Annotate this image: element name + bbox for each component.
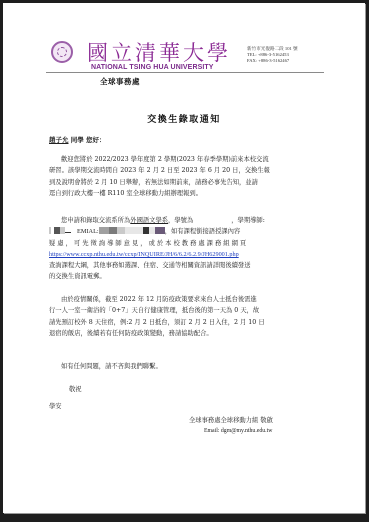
text-line: 歡迎您將於 2022/2023 學年度第 2 學期(2023 年春季學期)前來本… <box>49 154 289 165</box>
university-name-en: NATIONAL TSING HUA UNIVERSITY <box>91 64 214 71</box>
text-line: 查詢課程大綱，其他事務如選課、住宿、交通等相關資訊請詳閱後續發送 <box>49 260 289 271</box>
text-line: 研習。該學期交流時間自 2023 年 2 月 2 日至 2023 年 6 月 2… <box>49 165 289 176</box>
letter-title: 交換生錄取通知 <box>3 112 365 125</box>
recipient-name: 趙子允 <box>49 136 69 144</box>
text-line: 您申請和錄取交流系所為外國語文學系，學號為，學期導師: <box>49 215 289 226</box>
header-divider <box>46 72 324 73</box>
text-line: 行一人一室一衛浴的「0+7」天自行健康管理，抵台後的第一天為 0 天，故 <box>49 305 289 316</box>
email-label: EMIAL: <box>77 228 99 235</box>
redacted-underline <box>65 226 71 233</box>
university-name-zh: 國立清華大學 <box>87 37 231 67</box>
redacted-block <box>109 227 117 234</box>
closing-wish: 敬祝 <box>69 384 82 393</box>
course-outline-link[interactable]: https://www.ccxp.nthu.edu.tw/ccxp/INQUIR… <box>49 251 239 258</box>
text-line: 逕自到行政大樓一樓 R110 室全球移動力組辦理報到。 <box>49 188 289 199</box>
letter-page: 國立清華大學 NATIONAL TSING HUA UNIVERSITY 新竹市… <box>3 3 365 513</box>
paragraph-department: 您申請和錄取交流系所為外國語文學系，學號為，學期導師: EMIAL:，如有課程銜… <box>49 215 289 283</box>
redacted-block <box>117 227 125 234</box>
redacted-block <box>155 227 165 234</box>
redacted-block <box>99 227 109 234</box>
text-segment: ，學期導師: <box>231 217 265 224</box>
office-name: 全球事務處 <box>100 76 140 87</box>
closing-regards: 學安 <box>49 401 62 410</box>
text-segment: 您申請和錄取交流系所為 <box>61 217 130 224</box>
text-line: EMIAL:，如有課程銜接語授課內容 <box>49 226 289 237</box>
paragraph-schedule: 歡迎您將於 2022/2023 學年度第 2 學期(2023 年春季學期)前來本… <box>49 154 289 199</box>
text-line: 由於疫情關係，截至 2022 年 12 月防疫政策要求來台人士抵台後需進 <box>49 294 289 305</box>
text-segment: ，如有課程銜接語授課內容 <box>165 228 241 235</box>
department-name: 外國語文學系 <box>130 217 168 224</box>
course-link-line: https://www.ccxp.nthu.edu.tw/ccxp/INQUIR… <box>49 249 289 260</box>
signoff-email: Email: dgm@my.nthu.edu.tw <box>204 428 272 434</box>
redacted-block <box>49 227 51 234</box>
paragraph-contact: 如有任何問題，請不吝與我們聯繫。 <box>49 361 289 372</box>
letterhead: 國立清華大學 NATIONAL TSING HUA UNIVERSITY 新竹市… <box>3 3 365 93</box>
fax: FAX: +886-3-5162467 <box>247 58 298 64</box>
paragraph-quarantine: 由於疫情關係，截至 2022 年 12 月防疫政策要求來台人士抵台後需進 行一人… <box>49 294 289 339</box>
text-line: 請先預訂校外 8 天住宿，例:2 月 2 日抵台，須訂 2 月 2 日入住，2 … <box>49 317 289 328</box>
greeting-suffix: 同學 您好： <box>69 136 106 144</box>
greeting: 趙子允 同學 您好： <box>49 135 106 144</box>
text-line: 的交換生資訊電郵。 <box>49 271 289 282</box>
signoff-organization: 全球事務處全球移動力組 敬啟 <box>189 415 273 424</box>
redacted-block <box>125 227 143 234</box>
university-seal-icon <box>51 41 73 63</box>
text-line: 疑 慮 ， 可 先 徵 詢 導 師 意 見 ， 或 於 本 校 教 務 處 課 … <box>49 238 289 249</box>
text-line: 如有任何問題，請不吝與我們聯繫。 <box>49 361 289 372</box>
text-line: 到及說明會將於 2 月 10 日舉辦，若無法如期前來，請務必事先告知，並請 <box>49 177 289 188</box>
text-segment: ，學號為 <box>168 217 193 224</box>
contact-block: 新竹市光復路二段 101 號 TEL: +886-3-5162453 FAX: … <box>247 46 298 65</box>
text-line: 退宿的飯店，後續若有任何防疫政策變動，務請協助配合。 <box>49 328 289 339</box>
